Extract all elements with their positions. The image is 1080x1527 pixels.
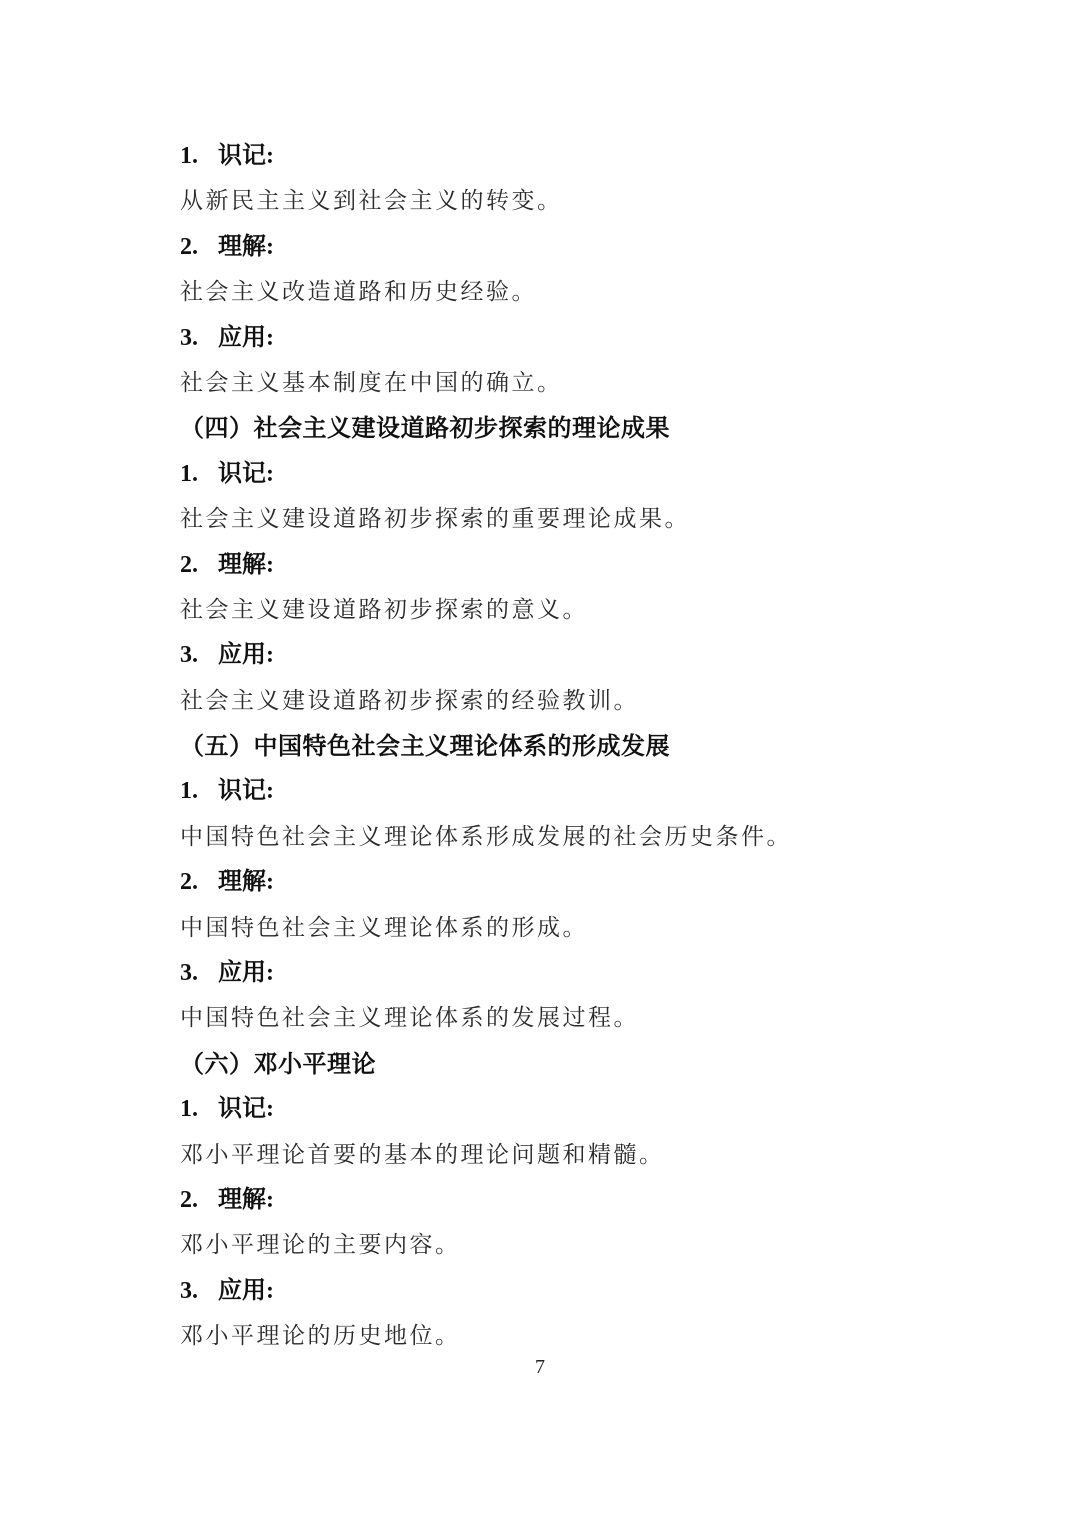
section-heading-6: （六）邓小平理论 bbox=[180, 1042, 940, 1087]
item-label-recall: 1.识记: bbox=[180, 452, 940, 497]
item-label-apply: 3.应用: bbox=[180, 633, 940, 678]
item-number: 2. bbox=[180, 860, 218, 905]
item-number: 3. bbox=[180, 951, 218, 996]
item-body: 邓小平理论首要的基本的理论问题和精髓。 bbox=[180, 1133, 940, 1178]
item-label-text: 应用: bbox=[218, 960, 274, 986]
item-label-text: 应用: bbox=[218, 325, 274, 351]
item-number: 3. bbox=[180, 633, 218, 678]
item-label-understand: 2.理解: bbox=[180, 860, 940, 905]
item-label-understand: 2.理解: bbox=[180, 225, 940, 270]
item-body: 从新民主主义到社会主义的转变。 bbox=[180, 179, 940, 224]
item-label-apply: 3.应用: bbox=[180, 1269, 940, 1314]
item-body: 中国特色社会主义理论体系的形成。 bbox=[180, 906, 940, 951]
item-label-text: 理解: bbox=[218, 552, 274, 578]
item-label-text: 识记: bbox=[218, 778, 274, 804]
item-label-text: 应用: bbox=[218, 642, 274, 668]
item-label-text: 识记: bbox=[218, 143, 274, 169]
item-number: 3. bbox=[180, 316, 218, 361]
item-label-recall: 1.识记: bbox=[180, 769, 940, 814]
item-number: 3. bbox=[180, 1269, 218, 1314]
page-number: 7 bbox=[0, 1356, 1080, 1379]
item-label-apply: 3.应用: bbox=[180, 316, 940, 361]
page-content: 1.识记: 从新民主主义到社会主义的转变。 2.理解: 社会主义改造道路和历史经… bbox=[180, 134, 940, 1360]
item-label-understand: 2.理解: bbox=[180, 1178, 940, 1223]
item-body: 邓小平理论的历史地位。 bbox=[180, 1314, 940, 1359]
item-label-understand: 2.理解: bbox=[180, 543, 940, 588]
item-label-text: 理解: bbox=[218, 1187, 274, 1213]
item-body: 社会主义建设道路初步探索的经验教训。 bbox=[180, 679, 940, 724]
item-label-text: 应用: bbox=[218, 1278, 274, 1304]
item-number: 1. bbox=[180, 452, 218, 497]
item-label-text: 理解: bbox=[218, 234, 274, 260]
item-label-text: 理解: bbox=[218, 869, 274, 895]
section-heading-5: （五）中国特色社会主义理论体系的形成发展 bbox=[180, 724, 940, 769]
item-number: 2. bbox=[180, 543, 218, 588]
item-number: 2. bbox=[180, 225, 218, 270]
item-number: 2. bbox=[180, 1178, 218, 1223]
item-body: 中国特色社会主义理论体系的发展过程。 bbox=[180, 996, 940, 1041]
item-label-text: 识记: bbox=[218, 1096, 274, 1122]
item-body: 社会主义建设道路初步探索的重要理论成果。 bbox=[180, 497, 940, 542]
item-number: 1. bbox=[180, 769, 218, 814]
document-page: 1.识记: 从新民主主义到社会主义的转变。 2.理解: 社会主义改造道路和历史经… bbox=[0, 0, 1080, 1527]
item-body: 邓小平理论的主要内容。 bbox=[180, 1223, 940, 1268]
item-label-recall: 1.识记: bbox=[180, 1087, 940, 1132]
item-label-recall: 1.识记: bbox=[180, 134, 940, 179]
section-heading-4: （四）社会主义建设道路初步探索的理论成果 bbox=[180, 406, 940, 451]
item-body: 中国特色社会主义理论体系形成发展的社会历史条件。 bbox=[180, 815, 940, 860]
item-number: 1. bbox=[180, 134, 218, 179]
item-label-apply: 3.应用: bbox=[180, 951, 940, 996]
item-number: 1. bbox=[180, 1087, 218, 1132]
item-body: 社会主义改造道路和历史经验。 bbox=[180, 270, 940, 315]
item-body: 社会主义基本制度在中国的确立。 bbox=[180, 361, 940, 406]
item-label-text: 识记: bbox=[218, 461, 274, 487]
item-body: 社会主义建设道路初步探索的意义。 bbox=[180, 588, 940, 633]
